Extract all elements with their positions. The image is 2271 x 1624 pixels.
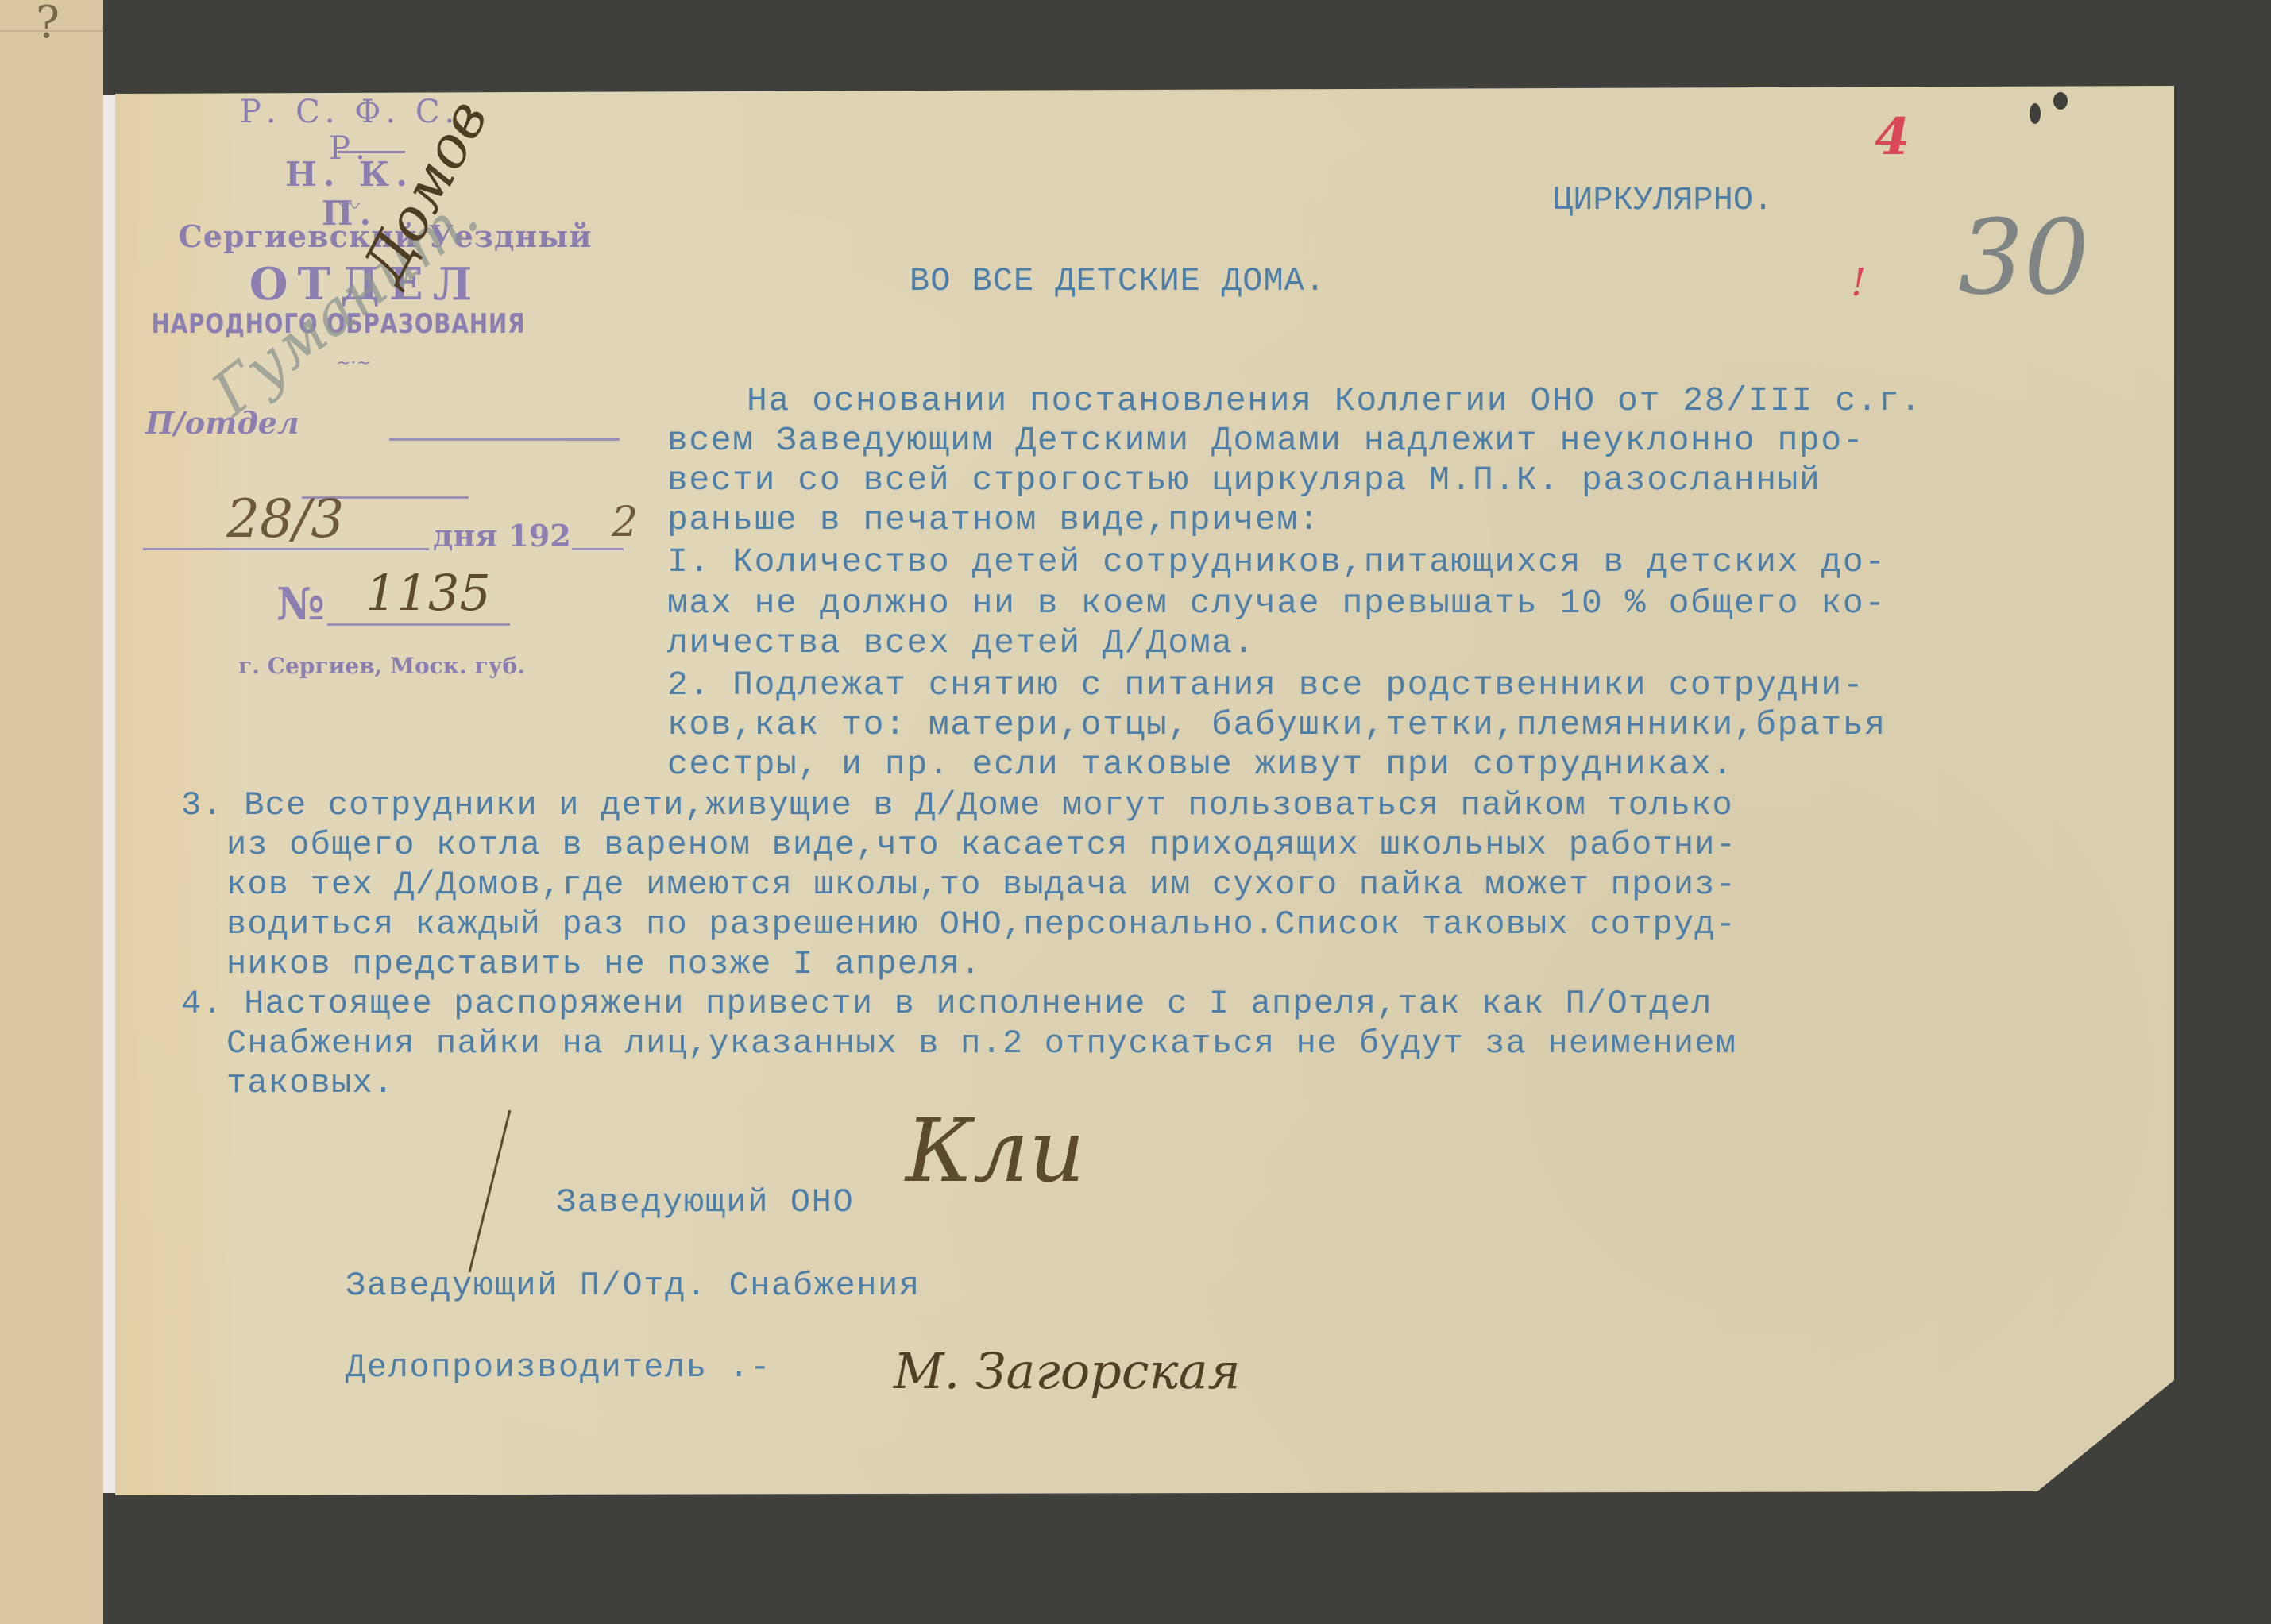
stamp-fill-line [572, 548, 624, 550]
handwritten-outgoing-number: 1135 [365, 564, 491, 622]
body-line: из общего котла в вареном виде,что касае… [226, 826, 1736, 864]
body-line: мах не должно ни в коем случае превышать… [667, 584, 1887, 623]
paper-damage-spot [2053, 92, 2068, 110]
body-line: водиться каждый раз по разрешению ОНО,пе… [226, 905, 1736, 943]
list-item-1: I. Количество детей сотрудников,питающих… [667, 542, 1887, 581]
handwritten-year-digit: 2 [612, 499, 638, 546]
signature-clerk: М. Загорская [894, 1342, 1241, 1400]
stamp-fill-line [389, 438, 620, 441]
question-mark-annotation: ? [36, 0, 60, 48]
list-item-4: 4. Настоящее распоряжени привести в испо… [181, 985, 1713, 1023]
paper-damage-spot [2030, 103, 2041, 124]
circular-label: ЦИРКУЛЯРНО. [1553, 181, 1773, 219]
signature-title-clerk: Делопроизводитель .- [346, 1348, 771, 1387]
handwritten-date: 28/3 [226, 488, 344, 550]
body-line: ков тех Д/Домов,где имеются школы,то выд… [226, 866, 1736, 904]
body-line: На основании постановления Коллегии ОНО … [747, 381, 1922, 420]
stamp-number-label: № [276, 578, 325, 631]
stamp-date-label: дня 192 [433, 518, 571, 554]
addressee-heading: ВО ВСЕ ДЕТСКИЕ ДОМА. [910, 262, 1326, 300]
body-line: Снабжения пайки на лиц,указанных в п.2 о… [226, 1024, 1736, 1063]
body-line: ков,как то: матери,отцы, бабушки,тетки,п… [667, 705, 1887, 744]
body-line: вести со всей строгостью циркуляра М.П.К… [667, 461, 1821, 500]
stamp-city: г. Сергиев, Моск. губ. [238, 653, 525, 679]
list-item-3: 3. Все сотрудники и дети,живущие в Д/Дом… [181, 786, 1733, 824]
body-line: раньше в печатном виде,причем: [667, 500, 1320, 539]
body-line: личества всех детей Д/Дома. [667, 623, 1255, 662]
body-line: ников представить не позже I апреля. [226, 945, 982, 983]
stamp-subdepartment-label: П/отдел [145, 405, 299, 441]
signature-head: Кли [906, 1100, 1085, 1202]
stamp-rule [338, 151, 405, 153]
list-item-2: 2. Подлежат снятию с питания все родстве… [667, 665, 1864, 704]
body-line: всем Заведующим Детскими Домами надлежит… [667, 421, 1864, 460]
body-line: таковых. [226, 1064, 394, 1102]
signature-title-head: Заведующий ОНО [556, 1183, 854, 1221]
pencil-page-number: 30 [1958, 197, 2089, 318]
red-pencil-mark: 4 [1875, 107, 1910, 167]
stamp-fill-line [327, 623, 510, 626]
red-exclamation-mark: ! [1851, 260, 1866, 305]
body-line: сестры, и пр. если таковые живут при сот… [667, 745, 1734, 784]
signature-title-supply: Заведующий П/Отд. Снабжения [346, 1267, 921, 1305]
adjacent-page [0, 0, 103, 1624]
